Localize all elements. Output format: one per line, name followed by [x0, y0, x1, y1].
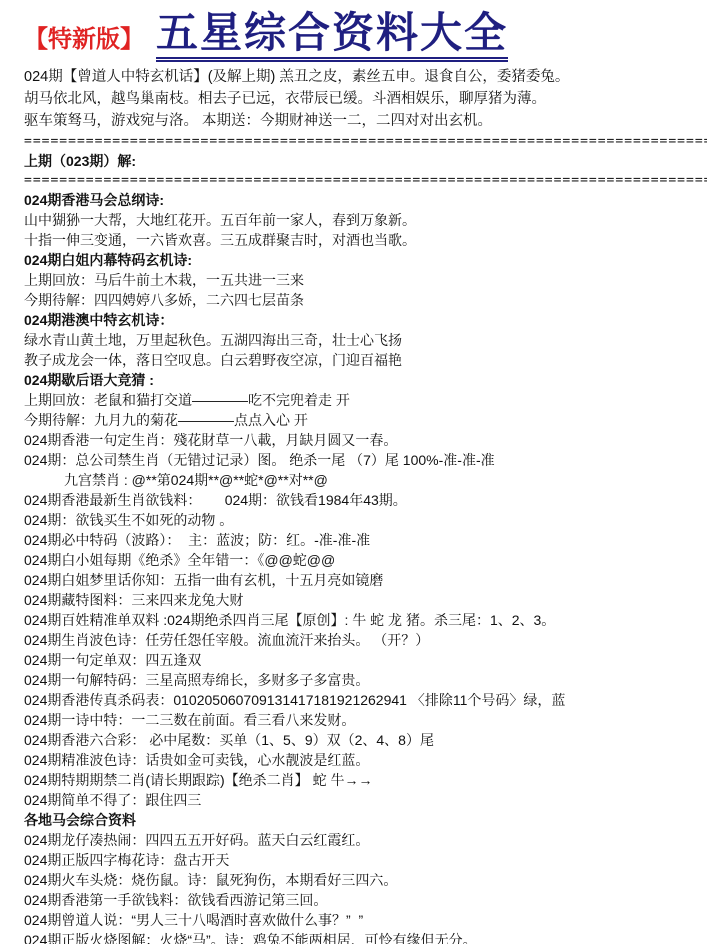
section-heading: 024期歇后语大竞猜 :	[24, 370, 707, 390]
content-line: 024期【曾道人中特玄机话】(及解上期) 羔丑之皮，素丝五申。退食自公，委猪委兔…	[24, 66, 707, 88]
page-title: 五星综合资料大全	[156, 12, 508, 62]
content-line: 024期一句解特码：三星高照寿绵长，多财多子多富贵。	[24, 670, 707, 690]
content-line: 024期必中特码（波路）： 主：蓝波；防：红。-准-准-准	[24, 530, 707, 550]
section-heading: 各地马会综合资料	[24, 810, 707, 830]
content-line: 上期回放：马后牛前土木栽，一五共进一三来	[24, 270, 707, 290]
content-line: 山中猢狲一大帮，大地红花开。五百年前一家人，春到万象新。	[24, 210, 707, 230]
content-line: 驱车策驽马，游戏宛与洛。 本期送：今期财神送一二，二四对对出玄机。	[24, 110, 707, 132]
content-line: 024期曾道人说：“男人三十八喝酒时喜欢做什么事？” ”	[24, 910, 707, 930]
content-line: 024期百姓精准单双料 :024期绝杀四肖三尾【原创】: 牛 蛇 龙 猪。杀三尾…	[24, 610, 707, 630]
edition-badge: 【特新版】	[24, 19, 144, 62]
content-line: 024期香港六合彩： 必中尾数：买单（1、5、9）双（2、4、8）尾	[24, 730, 707, 750]
content-line: 今期待解：九月九的菊花————点点入心 开	[24, 410, 707, 430]
content-line: 024期一句定单双：四五逢双	[24, 650, 707, 670]
content-line: 024期火车头烧：烧伤鼠。诗：鼠死狗伤，本期看好三四六。	[24, 870, 707, 890]
content-line: 今期待解：四四娉婷八多娇，二六四七层苗条	[24, 290, 707, 310]
section-heading: 上期（023期）解:	[24, 151, 707, 171]
content-line: 024期生肖波色诗：任劳任怨任宰般。流血流汗来抬头。 （开？）	[24, 630, 707, 650]
content-line: 024期正版四字梅花诗：盘古开天	[24, 850, 707, 870]
page-header: 【特新版】 五星综合资料大全	[24, 4, 707, 62]
content-line: 024期香港传真杀码表：0102050607091314171819212629…	[24, 690, 707, 710]
content-line: 024期精准波色诗：话贵如金可卖钱，心水靓波是红蓝。	[24, 750, 707, 770]
content-line: 024期正版火烧图解：火烧“马”。诗：鸡兔不能两相居，可怜有缘但无分。	[24, 930, 707, 944]
content-line: 024期特期期禁二肖(请长期跟踪)【绝杀二肖】 蛇 牛→→	[24, 770, 707, 790]
content-line: 024期一诗中特：一二三数在前面。看三看八来发财。	[24, 710, 707, 730]
content-line: 九宫禁肖 : @**第024期**@**蛇*@**对**@	[24, 470, 707, 490]
content-line: 教子成龙会一体，落日空叹息。白云碧野夜空凉，门迎百福艳	[24, 350, 707, 370]
content-line: 024期香港最新生肖欲钱料： 024期：欲钱看1984年43期。	[24, 490, 707, 510]
content-line: 024期白小姐每期《绝杀》全年错一：《@@蛇@@	[24, 550, 707, 570]
section-heading: 024期白姐内幕特码玄机诗:	[24, 250, 707, 270]
content-line: 十指一伸三变通，一六皆欢喜。三五成群聚吉时，对酒也当歌。	[24, 230, 707, 250]
content-line: 024期白姐梦里话你知：五指一曲有玄机，十五月亮如镜磨	[24, 570, 707, 590]
divider-line: ========================================…	[24, 132, 707, 151]
content-line: 024期：总公司禁生肖（无错过记录）图。 绝杀一尾 （7）尾 100%-准-准-…	[24, 450, 707, 470]
section-heading: 024期香港马会总纲诗:	[24, 190, 707, 210]
content-line: 绿水青山黄土地，万里起秋色。五湖四海出三奇，壮士心飞扬	[24, 330, 707, 350]
section-heading: 024期港澳中特玄机诗：	[24, 310, 707, 330]
divider-line: ========================================…	[24, 171, 707, 190]
content-lines: 024期【曾道人中特玄机话】(及解上期) 羔丑之皮，素丝五申。退食自公，委猪委兔…	[24, 66, 707, 944]
content-line: 024期简单不得了：跟住四三	[24, 790, 707, 810]
content-line: 024期：欲钱买生不如死的动物 。	[24, 510, 707, 530]
content-line: 024期藏特图料：三来四来龙兔大财	[24, 590, 707, 610]
content-line: 024期香港第一手欲钱料：欲钱看西游记第三回。	[24, 890, 707, 910]
page: 【特新版】 五星综合资料大全 024期【曾道人中特玄机话】(及解上期) 羔丑之皮…	[0, 0, 713, 944]
content-line: 024期龙仔凑热闹：四四五五开好码。蓝天白云红霞红。	[24, 830, 707, 850]
content-line: 024期香港一句定生肖：殘花財草一八載，月缺月圆又一春。	[24, 430, 707, 450]
content-line: 胡马依北风，越鸟巢南枝。相去子已远，衣带辰已缓。斗酒相娱乐，聊厚猪为薄。	[24, 88, 707, 110]
content-line: 上期回放：老鼠和猫打交道————吃不完兜着走 开	[24, 390, 707, 410]
